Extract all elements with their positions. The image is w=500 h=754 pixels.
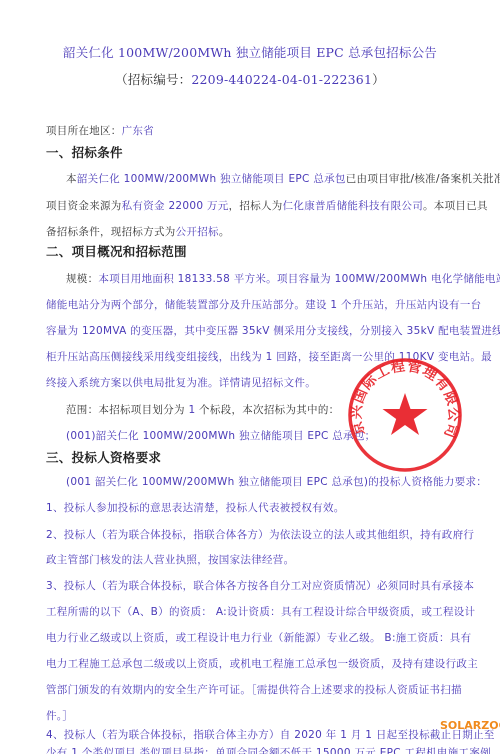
filled-value: (001 韶关仁化 100MW/200MWh 独立储能项目 EPC 总承包)的投… bbox=[66, 476, 487, 488]
filled-value: 储能电站分为两个部分，储能装置部分及升压站部分。建设 1 个升压站，升压站内设有… bbox=[46, 299, 481, 311]
filled-value: 仁化康普盾储能科技有限公司 bbox=[283, 200, 423, 212]
filled-value: 韶关仁化 100MW/200MWh 独立储能项目 EPC 总承包 bbox=[77, 173, 346, 185]
filled-value: 1、投标人参加投标的意思表达清楚，投标人代表被授权有效。 bbox=[46, 502, 345, 514]
paragraph-line: 少有 1 个类似项目,类似项目是指：单项合同金额不低于 15000 万元 EPC… bbox=[46, 746, 478, 754]
project-region: 项目所在地区：广东省 bbox=[46, 124, 478, 138]
label-text: 已由项目审批/核准/备案机关批准， bbox=[346, 173, 500, 185]
filled-value: 管部门颁发的有效期内的安全生产许可证。［需提供符合上述要求的投标人资质证书扫描 bbox=[46, 684, 462, 696]
paragraph-line: 电力工程施工总承包二级或以上资质，或机电工程施工总承包一级资质，及持有建设行政主 bbox=[46, 657, 478, 671]
paragraph-line: 本韶关仁化 100MW/200MWh 独立储能项目 EPC 总承包已由项目审批/… bbox=[66, 172, 478, 186]
paragraph-line: 管部门颁发的有效期内的安全生产许可证。［需提供符合上述要求的投标人资质证书扫描 bbox=[46, 683, 478, 697]
label-text: 范围：本招标项目划分为 bbox=[66, 404, 188, 416]
filled-value: 2、投标人（若为联合体投标，指联合体各方）为依法设立的法人或其他组织，持有政府行 bbox=[46, 529, 474, 541]
label-text: 本 bbox=[66, 173, 77, 185]
label-text: 。 bbox=[219, 226, 230, 238]
label-text: 项目资金来源为 bbox=[46, 200, 122, 212]
filled-value: 电力工程施工总承包二级或以上资质，或机电工程施工总承包一级资质，及持有建设行政主 bbox=[46, 658, 478, 670]
label-text: 备招标条件，现招标方式为 bbox=[46, 226, 176, 238]
filled-value: 公开招标 bbox=[176, 226, 219, 238]
document-title: 韶关仁化 100MW/200MWh 独立储能项目 EPC 总承包招标公告 bbox=[0, 43, 500, 61]
filled-value: 容量为 120MVA 的变压器，其中变压器 35kV 侧采用分支接线，分别接入 … bbox=[46, 325, 500, 337]
company-seal-stamp: 京兴国际工程管理有限公司 bbox=[347, 357, 463, 473]
filled-value: 件。］ bbox=[46, 710, 73, 722]
filled-value: 本项目用地面积 18133.58 平方米。项目容量为 100MW/200MWh … bbox=[98, 273, 500, 285]
tender-number-value: 2209-440224-04-01-222361 bbox=[191, 72, 372, 87]
paragraph-line: 容量为 120MVA 的变压器，其中变压器 35kV 侧采用分支接线，分别接入 … bbox=[46, 324, 478, 338]
paragraph-line: 2、投标人（若为联合体投标，指联合体各方）为依法设立的法人或其他组织，持有政府行 bbox=[46, 528, 478, 542]
filled-value: 工程所需的以下（A、B）的资质： A:设计资质：具有工程设计综合甲级资质，或工程… bbox=[46, 606, 475, 618]
solarzoom-watermark: SOLARZOOM bbox=[440, 719, 500, 732]
tender-number: （招标编号：2209-440224-04-01-222361） bbox=[0, 70, 500, 88]
filled-value: 4、投标人（若为联合体投标，指联合体主办方）自 2020 年 1 月 1 日起至… bbox=[46, 729, 495, 741]
paragraph-line: 1、投标人参加投标的意思表达清楚，投标人代表被授权有效。 bbox=[46, 501, 478, 515]
region-label: 项目所在地区： bbox=[46, 125, 122, 137]
paragraph-line: 政主管部门核发的法人营业执照，按国家法律经营。 bbox=[46, 553, 478, 567]
filled-value: 少有 1 个类似项目,类似项目是指：单项合同金额不低于 15000 万元 EPC… bbox=[46, 747, 491, 754]
filled-value: 电力行业乙级或以上资质，或工程设计电力行业（新能源）专业乙级。 B:施工资质：具… bbox=[46, 632, 471, 644]
section-heading: 一、招标条件 bbox=[46, 146, 478, 160]
filled-value: (001)韶关仁化 100MW/200MWh 独立储能项目 EPC 总承包； bbox=[66, 430, 375, 442]
filled-value: 政主管部门核发的法人营业执照，按国家法律经营。 bbox=[46, 554, 294, 566]
section-heading: 二、项目概况和招标范围 bbox=[46, 245, 478, 259]
paragraph-line: (001 韶关仁化 100MW/200MWh 独立储能项目 EPC 总承包)的投… bbox=[66, 475, 478, 489]
paragraph-line: 4、投标人（若为联合体投标，指联合体主办方）自 2020 年 1 月 1 日起至… bbox=[46, 728, 478, 742]
label-text: ，招标人为 bbox=[229, 200, 283, 212]
filled-value: 私有资金 22000 万元 bbox=[122, 200, 229, 212]
region-value: 广东省 bbox=[122, 125, 154, 137]
label-text: 规模： bbox=[66, 273, 98, 285]
paragraph-line: 3、投标人（若为联合体投标，联合体各方按各自分工对应资质情况）必须同时具有承接本 bbox=[46, 579, 478, 593]
tender-announcement-page: 韶关仁化 100MW/200MWh 独立储能项目 EPC 总承包招标公告 （招标… bbox=[0, 0, 500, 754]
paragraph-line: 储能电站分为两个部分，储能装置部分及升压站部分。建设 1 个升压站，升压站内设有… bbox=[46, 298, 478, 312]
paragraph-line: 电力行业乙级或以上资质，或工程设计电力行业（新能源）专业乙级。 B:施工资质：具… bbox=[46, 631, 478, 645]
label-text: 。本项目已具 bbox=[423, 200, 488, 212]
paragraph-line: 件。］ bbox=[46, 709, 478, 723]
filled-value: 终接入系统方案以供电局批复为准。详情请见招标文件。 bbox=[46, 377, 316, 389]
paragraph-line: 规模：本项目用地面积 18133.58 平方米。项目容量为 100MW/200M… bbox=[66, 272, 478, 286]
paragraph-line: 项目资金来源为私有资金 22000 万元，招标人为仁化康普盾储能科技有限公司。本… bbox=[46, 199, 478, 213]
paragraph-line: 备招标条件，现招标方式为公开招标。 bbox=[46, 225, 478, 239]
tender-number-close: ） bbox=[372, 72, 385, 87]
tender-number-label: （招标编号： bbox=[115, 72, 191, 87]
filled-value: 3、投标人（若为联合体投标，联合体各方按各自分工对应资质情况）必须同时具有承接本 bbox=[46, 580, 474, 592]
paragraph-line: 工程所需的以下（A、B）的资质： A:设计资质：具有工程设计综合甲级资质，或工程… bbox=[46, 605, 478, 619]
label-text: 个标段，本次招标为其中的： bbox=[195, 404, 339, 416]
star-icon bbox=[383, 393, 428, 435]
